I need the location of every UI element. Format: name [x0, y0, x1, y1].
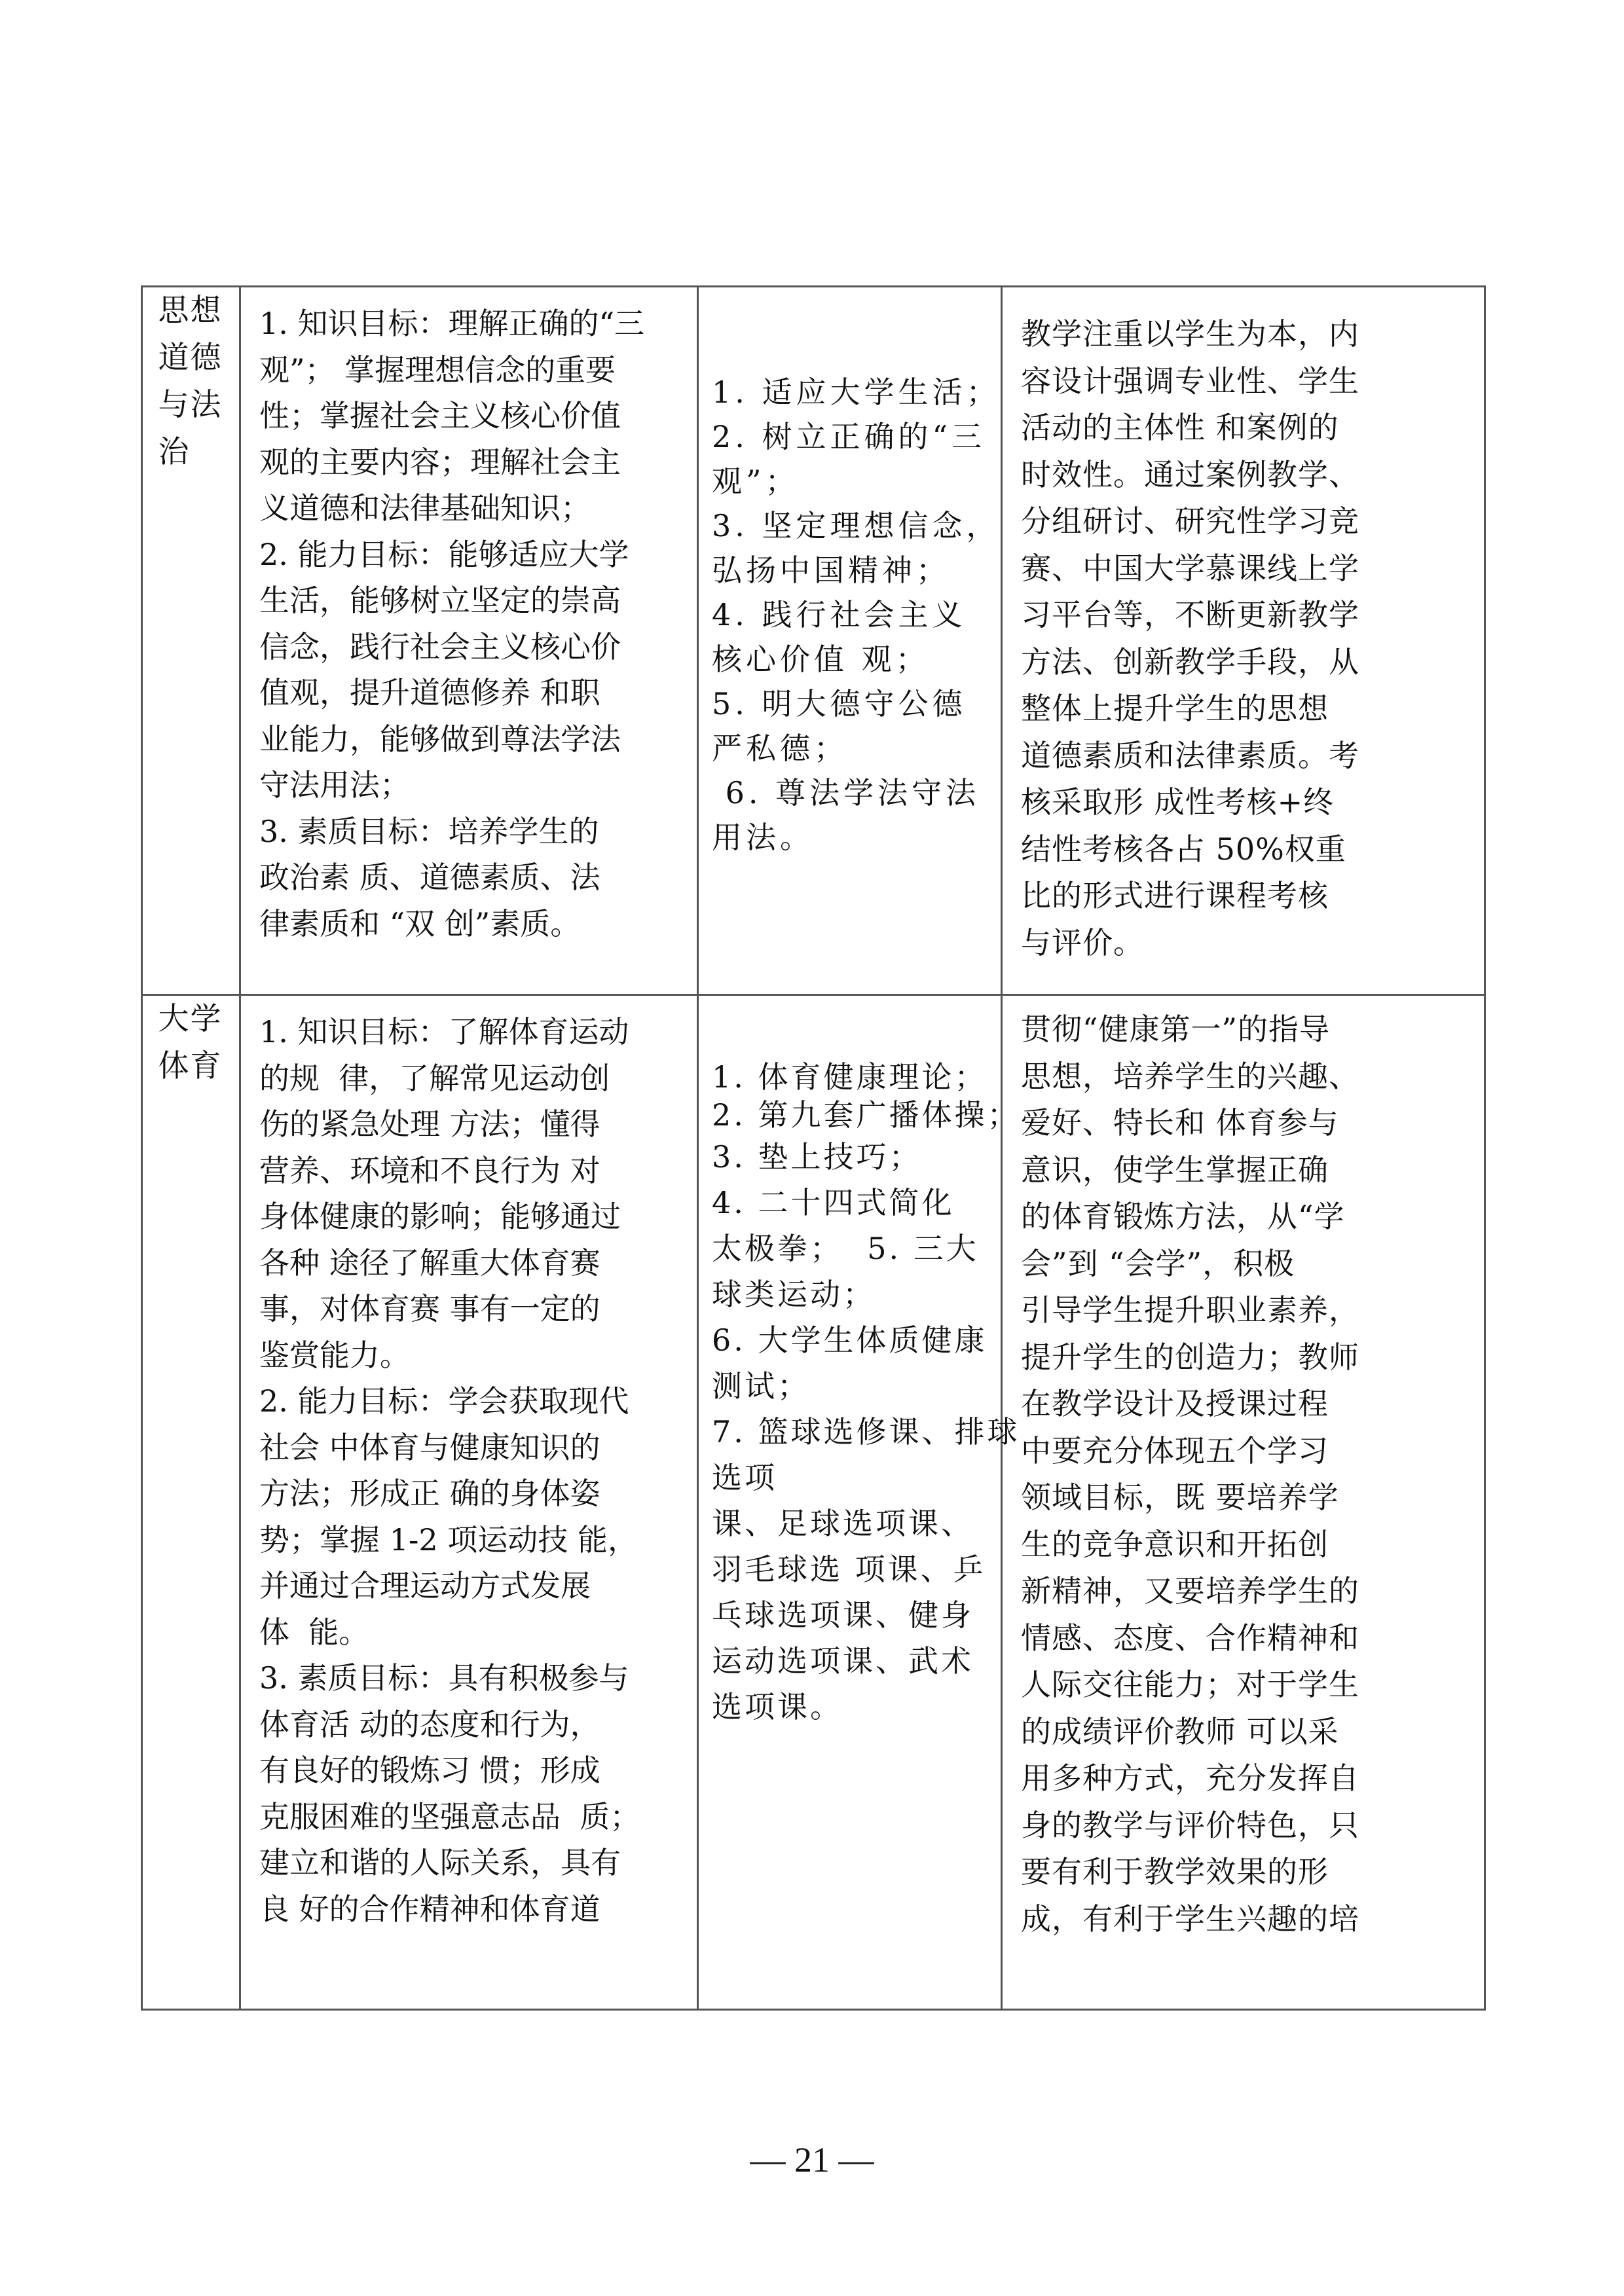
- text-line: 乓球选项课、健身: [712, 1592, 1001, 1638]
- text-line: 1. 知识目标：理解正确的“三: [259, 301, 697, 347]
- text-line: 政治素 质、道德素质、法: [259, 854, 697, 901]
- text-line: 活动的主体性 和案例的: [1021, 405, 1484, 452]
- text-line: 爱好、特长和 体育参与: [1021, 1100, 1484, 1147]
- text-line: 时效性。通过案例教学、: [1021, 452, 1484, 499]
- text-line: 选项课。: [712, 1684, 1001, 1730]
- text-line: 方法；形成正 确的身体姿: [259, 1470, 697, 1517]
- text-line: 值观，提升道德修养 和职: [259, 670, 697, 716]
- text-line: 习平台等，不断更新教学: [1021, 592, 1484, 639]
- teaching-method-cell: 贯彻“健康第一”的指导思想，培养学生的兴趣、爱好、特长和 体育参与意识，使学生掌…: [1002, 995, 1485, 2010]
- text-line: 体育活 动的态度和行为，: [259, 1702, 697, 1748]
- text-line: 赛、中国大学慕课线上学: [1021, 545, 1484, 592]
- text-line: 信念，践行社会主义核心价: [259, 624, 697, 670]
- text-line: 义道德和法律基础知识；: [259, 485, 697, 532]
- text-line: 球类运动；: [712, 1271, 1001, 1317]
- text-line: 思想，培养学生的兴趣、: [1021, 1053, 1484, 1101]
- text-line: 有良好的锻炼习 惯；形成: [259, 1747, 697, 1794]
- text-line: 人际交往能力；对于学生: [1021, 1662, 1484, 1709]
- teaching-method-text: 教学注重以学生为本，内容设计强调专业性、学生活动的主体性 和案例的时效性。通过案…: [1003, 287, 1484, 966]
- text-line: 3. 素质目标：具有积极参与: [259, 1655, 697, 1702]
- text-line: 在教学设计及授课过程: [1021, 1381, 1484, 1428]
- table-row-college-pe: 大学体育 1. 知识目标：了解体育运动的规 律，了解常见运动创伤的紧急处理 方法…: [142, 995, 1485, 2010]
- curriculum-table: 思想道德与法治 1. 知识目标：理解正确的“三观”； 掌握理想信念的重要性；掌握…: [141, 285, 1486, 2011]
- text-line: 7. 篮球选修课、排球: [712, 1409, 1001, 1455]
- text-line: 会”到 “会学”，积极: [1021, 1241, 1484, 1288]
- text-line: 1. 适应大学生活；: [712, 370, 1001, 414]
- text-line: 分组研讨、研究性学习竞: [1021, 498, 1484, 545]
- text-line: 1. 体育健康理论；: [712, 1058, 1001, 1096]
- objectives-text: 1. 知识目标：理解正确的“三观”； 掌握理想信念的重要性；掌握社会主义核心价值…: [241, 287, 697, 947]
- text-line: 2. 能力目标：学会获取现代: [259, 1378, 697, 1425]
- text-line: 势；掌握 1-2 项运动技 能，: [259, 1517, 697, 1563]
- page-number: — 21 —: [0, 2140, 1624, 2180]
- text-line: 羽毛球选 项课、乒: [712, 1546, 1001, 1592]
- text-line: 情感、态度、合作精神和: [1021, 1615, 1484, 1662]
- text-line: 核心价值 观；: [712, 637, 1001, 682]
- text-line: 克服困难的坚强意志品 质；: [259, 1794, 697, 1840]
- text-line: 守法用法；: [259, 762, 697, 809]
- text-line: 要有利于教学效果的形: [1021, 1849, 1484, 1896]
- text-line: 的成绩评价教师 可以采: [1021, 1709, 1484, 1756]
- text-line: 2. 树立正确的“三: [712, 414, 1001, 459]
- text-line: 6. 大学生体质健康: [712, 1317, 1001, 1363]
- text-line: 1. 知识目标：了解体育运动: [259, 1009, 697, 1055]
- text-line: 性；掌握社会主义核心价值: [259, 393, 697, 439]
- course-name: 思想道德与法治: [158, 287, 224, 476]
- text-line: 营养、环境和不良行为 对: [259, 1148, 697, 1194]
- text-line: 3. 素质目标：培养学生的: [259, 809, 697, 855]
- text-line: 事，对体育赛 事有一定的: [259, 1286, 697, 1332]
- text-line: 测试；: [712, 1363, 1001, 1409]
- text-line: 用多种方式，充分发挥自: [1021, 1755, 1484, 1802]
- text-line: 太极拳； 5. 三大: [712, 1226, 1001, 1271]
- text-line: 方法、创新教学手段，从: [1021, 639, 1484, 686]
- content-cell: 1. 体育健康理论；2. 第九套广播体操；3. 垫上技巧；4. 二十四式简化太极…: [698, 995, 1002, 2010]
- text-line: 的规 律，了解常见运动创: [259, 1055, 697, 1102]
- text-line: 各种 途径了解重大体育赛: [259, 1240, 697, 1286]
- text-line: 生活，能够树立坚定的崇高: [259, 577, 697, 624]
- teaching-method-text: 贯彻“健康第一”的指导思想，培养学生的兴趣、爱好、特长和 体育参与意识，使学生掌…: [1003, 996, 1484, 1942]
- text-line: 贯彻“健康第一”的指导: [1021, 1006, 1484, 1053]
- text-line: 社会 中体育与健康知识的: [259, 1425, 697, 1471]
- objectives-cell: 1. 知识目标：理解正确的“三观”； 掌握理想信念的重要性；掌握社会主义核心价值…: [240, 287, 698, 995]
- content-text: 1. 适应大学生活；2. 树立正确的“三观”；3. 坚定理想信念，弘扬中国精神；…: [699, 287, 1001, 860]
- course-name: 大学体育: [158, 996, 224, 1090]
- text-line: 课、足球选项课、: [712, 1501, 1001, 1546]
- text-line: 核采取形 成性考核+终: [1021, 779, 1484, 826]
- content-cell: 1. 适应大学生活；2. 树立正确的“三观”；3. 坚定理想信念，弘扬中国精神；…: [698, 287, 1002, 995]
- text-line: 业能力，能够做到尊法学法: [259, 716, 697, 763]
- text-line: 2. 第九套广播体操；: [712, 1096, 1001, 1134]
- objectives-cell: 1. 知识目标：了解体育运动的规 律，了解常见运动创伤的紧急处理 方法；懂得营养…: [240, 995, 698, 2010]
- course-name-cell: 大学体育: [142, 995, 240, 2010]
- text-line: 意识，使学生掌握正确: [1021, 1147, 1484, 1194]
- objectives-text: 1. 知识目标：了解体育运动的规 律，了解常见运动创伤的紧急处理 方法；懂得营养…: [241, 996, 697, 1932]
- text-line: 观的主要内容；理解社会主: [259, 439, 697, 486]
- text-line: 领域目标，既 要培养学: [1021, 1474, 1484, 1522]
- text-line: 观”；: [712, 459, 1001, 503]
- text-line: 生的竞争意识和开拓创: [1021, 1522, 1484, 1569]
- text-line: 提升学生的创造力；教师: [1021, 1334, 1484, 1381]
- text-line: 用法。: [712, 815, 1001, 860]
- text-line: 3. 垫上技巧；: [712, 1134, 1001, 1180]
- text-line: 整体上提升学生的思想: [1021, 685, 1484, 733]
- text-line: 4. 二十四式简化: [712, 1180, 1001, 1226]
- text-line: 律素质和 “双 创”素质。: [259, 901, 697, 947]
- text-line: 5. 明大德守公德: [712, 682, 1001, 726]
- text-line: 成，有利于学生兴趣的培: [1021, 1896, 1484, 1943]
- text-line: 良 好的合作精神和体育道: [259, 1886, 697, 1933]
- text-line: 教学注重以学生为本，内: [1021, 311, 1484, 358]
- text-line: 比的形式进行课程考核: [1021, 873, 1484, 920]
- table-row-ideology-morality-law: 思想道德与法治 1. 知识目标：理解正确的“三观”； 掌握理想信念的重要性；掌握…: [142, 287, 1485, 995]
- text-line: 道德素质和法律素质。考: [1021, 733, 1484, 780]
- text-line: 并通过合理运动方式发展: [259, 1563, 697, 1609]
- teaching-method-cell: 教学注重以学生为本，内容设计强调专业性、学生活动的主体性 和案例的时效性。通过案…: [1002, 287, 1485, 995]
- text-line: 建立和谐的人际关系，具有: [259, 1840, 697, 1886]
- text-line: 与评价。: [1021, 920, 1484, 967]
- text-line: 伤的紧急处理 方法；懂得: [259, 1101, 697, 1148]
- text-line: 容设计强调专业性、学生: [1021, 358, 1484, 405]
- text-line: 体 能。: [259, 1609, 697, 1656]
- text-line: 观”； 掌握理想信念的重要: [259, 347, 697, 393]
- text-line: 引导学生提升职业素养，: [1021, 1287, 1484, 1334]
- text-line: 选项: [712, 1455, 1001, 1501]
- course-name-cell: 思想道德与法治: [142, 287, 240, 995]
- content-text: 1. 体育健康理论；2. 第九套广播体操；3. 垫上技巧；4. 二十四式简化太极…: [699, 996, 1001, 1730]
- text-line: 身的教学与评价特色，只: [1021, 1802, 1484, 1850]
- text-line: 鉴赏能力。: [259, 1332, 697, 1379]
- text-line: 运动选项课、武术: [712, 1638, 1001, 1684]
- text-line: 严私德；: [712, 726, 1001, 771]
- text-line: 中要充分体现五个学习: [1021, 1428, 1484, 1475]
- text-line: 弘扬中国精神；: [712, 548, 1001, 592]
- text-line: 6. 尊法学法守法: [712, 771, 1001, 815]
- text-line: 结性考核各占 50%权重: [1021, 826, 1484, 873]
- text-line: 3. 坚定理想信念，: [712, 503, 1001, 548]
- text-line: 新精神，又要培养学生的: [1021, 1568, 1484, 1615]
- text-line: 的体育锻炼方法，从“学: [1021, 1194, 1484, 1241]
- document-page: 思想道德与法治 1. 知识目标：理解正确的“三观”； 掌握理想信念的重要性；掌握…: [0, 0, 1624, 2296]
- text-line: 2. 能力目标：能够适应大学: [259, 532, 697, 578]
- text-line: 4. 践行社会主义: [712, 592, 1001, 637]
- text-line: 身体健康的影响；能够通过: [259, 1194, 697, 1240]
